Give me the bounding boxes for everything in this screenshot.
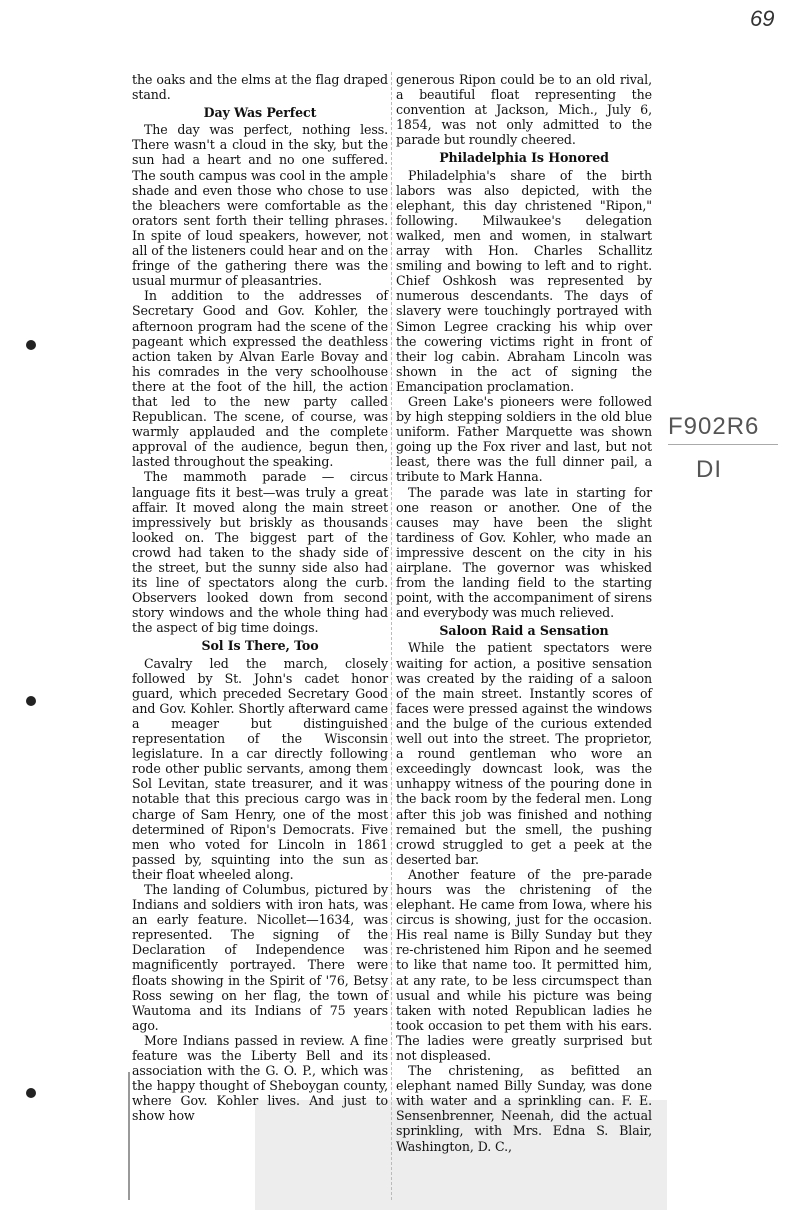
paragraph: Another feature of the pre-parade hours …	[396, 867, 652, 1063]
paragraph: The parade was late in starting for one …	[396, 485, 652, 621]
section-heading: Sol Is There, Too	[132, 638, 388, 653]
paragraph: While the patient spectators were waitin…	[396, 640, 652, 866]
paragraph: The mammoth parade — circus language fit…	[132, 469, 388, 635]
margin-code: F902R6	[668, 408, 778, 446]
margin-bracket	[128, 1072, 131, 1200]
punch-hole	[26, 1088, 36, 1098]
paragraph: Philadelphia's share of the birth labors…	[396, 168, 652, 394]
article-left-column: the oaks and the elms at the flag draped…	[132, 72, 388, 1123]
paragraph: the oaks and the elms at the flag draped…	[132, 72, 388, 102]
page-number-annotation: 69	[750, 6, 774, 32]
punch-hole	[26, 696, 36, 706]
paragraph: The christening, as befitted an elephant…	[396, 1063, 652, 1154]
paragraph: More Indians passed in review. A fine fe…	[132, 1033, 388, 1124]
paragraph: In addition to the addresses of Secretar…	[132, 288, 388, 469]
margin-annotation: F902R6 DI	[668, 408, 778, 489]
paragraph: Green Lake's pioneers were followed by h…	[396, 394, 652, 485]
paragraph: The day was perfect, nothing less. There…	[132, 122, 388, 288]
margin-code-2: DI	[668, 451, 778, 489]
section-heading: Saloon Raid a Sensation	[396, 623, 652, 638]
punch-hole	[26, 340, 36, 350]
paragraph: Cavalry led the march, closely followed …	[132, 656, 388, 882]
paragraph: generous Ripon could be to an old rival,…	[396, 72, 652, 147]
article-right-column: generous Ripon could be to an old rival,…	[396, 72, 652, 1154]
section-heading: Day Was Perfect	[132, 105, 388, 120]
column-divider	[391, 72, 393, 1200]
section-heading: Philadelphia Is Honored	[396, 150, 652, 165]
paragraph: The landing of Columbus, pictured by Ind…	[132, 882, 388, 1033]
